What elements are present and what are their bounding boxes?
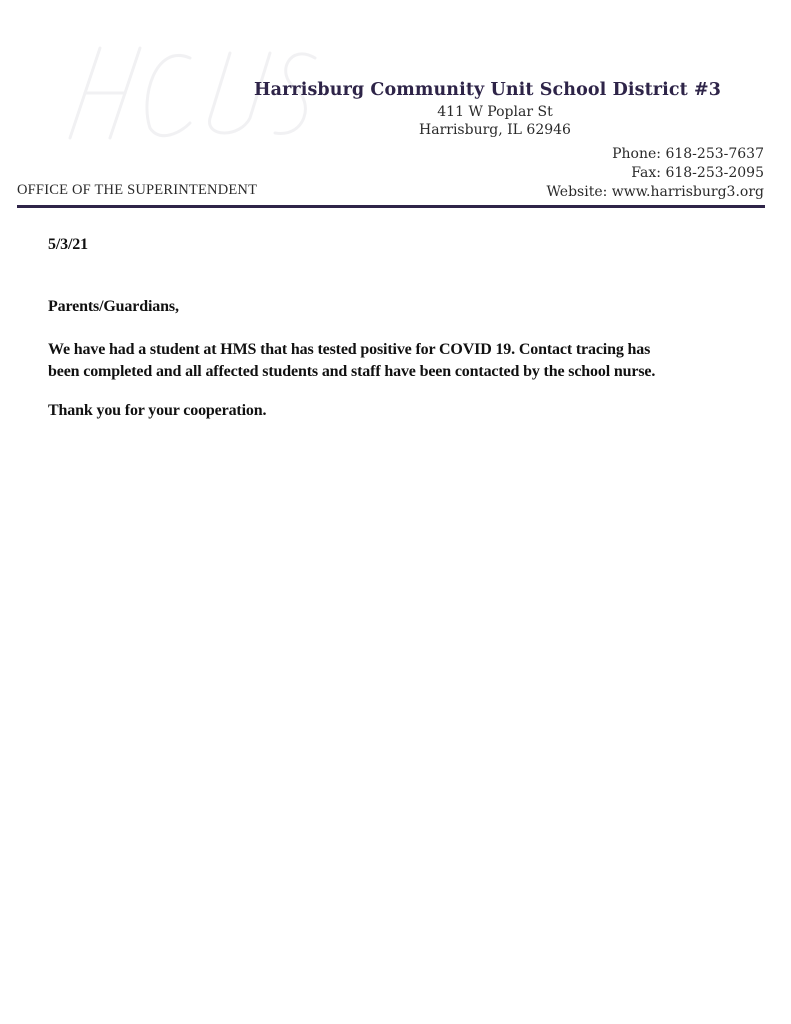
header-divider <box>17 205 765 208</box>
letter-salutation: Parents/Guardians, <box>48 298 179 316</box>
letter-closing: Thank you for your cooperation. <box>48 402 266 420</box>
city-state-zip: Harrisburg, IL 62946 <box>395 122 595 138</box>
letter-page: Harrisburg Community Unit School Distric… <box>0 0 791 1024</box>
letter-paragraph-line-1: We have had a student at HMS that has te… <box>48 341 650 359</box>
street-address: 411 W Poplar St <box>410 104 580 120</box>
letter-paragraph-line-2: been completed and all affected students… <box>48 363 655 381</box>
office-label: OFFICE OF THE SUPERINTENDENT <box>17 182 257 199</box>
website: Website: www.harrisburg3.org <box>547 184 764 200</box>
phone-number: Phone: 618-253-7637 <box>612 146 764 162</box>
letter-date: 5/3/21 <box>48 236 88 254</box>
district-name: Harrisburg Community Unit School Distric… <box>254 80 721 100</box>
fax-number: Fax: 618-253-2095 <box>631 165 764 181</box>
